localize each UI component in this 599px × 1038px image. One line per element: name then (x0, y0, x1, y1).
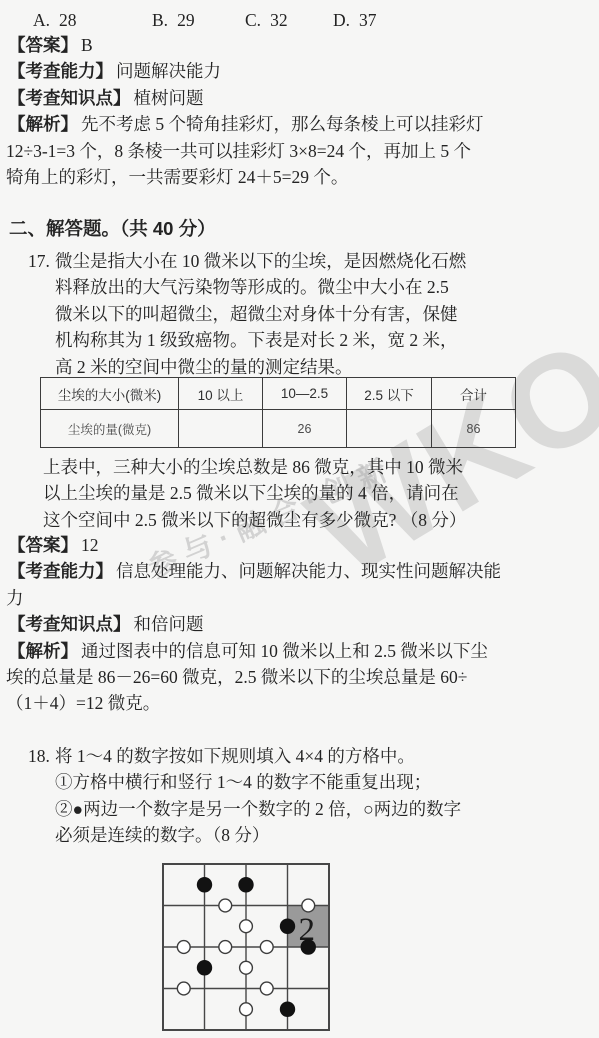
data-cell-below25 (347, 410, 432, 448)
analysis-line-3: 犄角上的彩灯，一共需要彩灯 24＋5=29 个。 (0, 164, 599, 190)
knowledge-label: 【考查知识点】 (8, 88, 131, 108)
answer-label: 【答案】 (8, 35, 78, 55)
option-a-value: 28 (59, 10, 77, 30)
question17-followup-line-1: 上表中，三种大小的尘埃总数是 86 微克，其中 10 微米 (0, 454, 599, 480)
analysis-text: 通过图表中的信息可知 10 微米以上和 2.5 微米以下尘 (81, 641, 488, 661)
option-d: D.37 (333, 7, 377, 33)
dust-table: 尘埃的大小(微米) 10 以上 10—2.5 2.5 以下 合计 尘埃的量(微克… (40, 377, 516, 448)
analysis-text: 先不考虑 5 个犄角挂彩灯，那么每条棱上可以挂彩灯 (81, 114, 484, 134)
question17-number: 17. (28, 248, 55, 274)
header-cell-below25: 2.5 以下 (347, 378, 432, 410)
question16-options-row: A.28 B.29 C.32 D.37 (0, 7, 599, 33)
black-dot (198, 961, 212, 975)
white-dot (260, 941, 273, 954)
white-dot (302, 899, 315, 912)
black-dot (301, 940, 315, 954)
data-cell-above10 (179, 410, 263, 448)
puzzle-grid-svg: 2 (161, 862, 331, 1032)
option-a-label: A. (33, 10, 50, 30)
header-cell-above10: 10 以上 (179, 378, 263, 410)
question17-stem-line-4: 机构称其为 1 级致癌物。下表是对长 2 米，宽 2 米， (0, 327, 599, 353)
answer-value: B (81, 35, 93, 55)
black-dot (198, 878, 212, 892)
white-dot (177, 941, 190, 954)
question17-followup: 上表中，三种大小的尘埃总数是 86 微克，其中 10 微米 以上尘埃的量是 2.… (0, 454, 599, 533)
option-b: B.29 (152, 7, 195, 33)
analysis-line-2: 埃的总量是 86－26=60 微克，2.5 微米以下的尘埃总量是 60÷ (0, 664, 599, 690)
white-dot (177, 982, 190, 995)
question18-stem: 18.将 1～4 的数字按如下规则填入 4×4 的方格中。 ①方格中横行和竖行 … (0, 743, 599, 849)
analysis-label: 【解析】 (8, 114, 78, 134)
white-dot (260, 982, 273, 995)
data-cell-10to25: 26 (263, 410, 347, 448)
option-b-value: 29 (177, 10, 195, 30)
analysis-line-1: 【解析】通过图表中的信息可知 10 微米以上和 2.5 微米以下尘 (0, 638, 599, 664)
question17-followup-line-2: 以上尘埃的量是 2.5 微米以下尘埃的量的 4 倍，请问在 (0, 480, 599, 506)
knowledge-value: 和倍问题 (134, 614, 204, 634)
header-cell-10to25: 10—2.5 (263, 378, 347, 410)
dust-table-header-row: 尘埃的大小(微米) 10 以上 10—2.5 2.5 以下 合计 (41, 378, 516, 410)
black-dot (239, 878, 253, 892)
knowledge-label: 【考查知识点】 (8, 614, 131, 634)
question18-rule-1: ①方格中横行和竖行 1～4 的数字不能重复出现； (0, 769, 599, 795)
answer-value: 12 (81, 535, 99, 555)
analysis-label: 【解析】 (8, 641, 78, 661)
analysis-line-2: 12÷3-1=3 个，8 条棱一共可以挂彩灯 3×8=24 个，再加上 5 个 (0, 138, 599, 164)
ability-line-2: 力 (0, 585, 599, 611)
option-b-label: B. (152, 10, 168, 30)
ability-label: 【考查能力】 (8, 561, 113, 581)
white-dot (240, 961, 253, 974)
white-dot (219, 941, 232, 954)
question18-number: 18. (28, 743, 55, 769)
analysis-line-1: 【解析】先不考虑 5 个犄角挂彩灯，那么每条棱上可以挂彩灯 (0, 111, 599, 137)
ability-line: 【考查能力】问题解决能力 (0, 58, 599, 84)
ability-line-1: 【考查能力】信息处理能力、问题解决能力、现实性问题解决能 (0, 558, 599, 584)
ability-label: 【考查能力】 (8, 61, 113, 81)
option-a: A.28 (33, 7, 77, 33)
question17-followup-line-3: 这个空间中 2.5 微米以下的超微尘有多少微克? （8 分） (0, 507, 599, 533)
black-dot (281, 919, 295, 933)
question18-rule-2: ②●两边一个数字是另一个数字的 2 倍，○两边的数字 (0, 796, 599, 822)
data-cell-amount-label: 尘埃的量(微克) (41, 410, 179, 448)
white-dot (219, 899, 232, 912)
answer-line: 【答案】12 (0, 532, 599, 558)
header-cell-size: 尘埃的大小(微米) (41, 378, 179, 410)
question16-answer-block: 【答案】B 【考查能力】问题解决能力 【考查知识点】植树问题 【解析】先不考虑 … (0, 32, 599, 190)
option-c: C.32 (245, 7, 288, 33)
option-d-value: 37 (359, 10, 377, 30)
option-d-label: D. (333, 10, 350, 30)
answer-line: 【答案】B (0, 32, 599, 58)
section-title: 二、解答题。（共 40 分） (9, 215, 216, 241)
question17-stem-line-1: 17.微尘是指大小在 10 微米以下的尘埃，是因燃烧化石燃 (0, 248, 599, 274)
question17-stem-line-2: 料释放出的大气污染物等形成的。微尘中大小在 2.5 (0, 274, 599, 300)
question17-stem: 17.微尘是指大小在 10 微米以下的尘埃，是因燃烧化石燃 料释放出的大气污染物… (0, 248, 599, 380)
option-c-value: 32 (270, 10, 288, 30)
knowledge-line: 【考查知识点】和倍问题 (0, 611, 599, 637)
white-dot (240, 1003, 253, 1016)
analysis-line-3: （1＋4）=12 微克。 (0, 690, 599, 716)
exam-answer-page: WKO 参与·融合·创新 A.28 B.29 C.32 D.37 【答案】B 【… (0, 0, 599, 1038)
question18-rule-2-cont: 必须是连续的数字。（8 分） (0, 822, 599, 848)
question17-answer-block: 【答案】12 【考查能力】信息处理能力、问题解决能力、现实性问题解决能 力 【考… (0, 532, 599, 717)
black-dot (281, 1002, 295, 1016)
question17-stem-line-3: 微米以下的叫超微尘，超微尘对身体十分有害，保健 (0, 301, 599, 327)
question18-stem-line: 18.将 1～4 的数字按如下规则填入 4×4 的方格中。 (0, 743, 599, 769)
header-cell-total: 合计 (432, 378, 516, 410)
knowledge-value: 植树问题 (134, 88, 204, 108)
ability-value: 问题解决能力 (116, 61, 221, 81)
answer-label: 【答案】 (8, 535, 78, 555)
data-cell-total: 86 (432, 410, 516, 448)
white-dot (240, 920, 253, 933)
dust-table-data-row: 尘埃的量(微克) 26 86 (41, 410, 516, 448)
knowledge-line: 【考查知识点】植树问题 (0, 85, 599, 111)
ability-text: 信息处理能力、问题解决能力、现实性问题解决能 (116, 561, 501, 581)
question18-stem-text: 将 1～4 的数字按如下规则填入 4×4 的方格中。 (55, 746, 415, 766)
question17-stem-text: 微尘是指大小在 10 微米以下的尘埃，是因燃烧化石燃 (55, 251, 466, 271)
option-c-label: C. (245, 10, 261, 30)
question17-stem-line-5: 高 2 米的空间中微尘的量的测定结果。 (0, 354, 599, 380)
